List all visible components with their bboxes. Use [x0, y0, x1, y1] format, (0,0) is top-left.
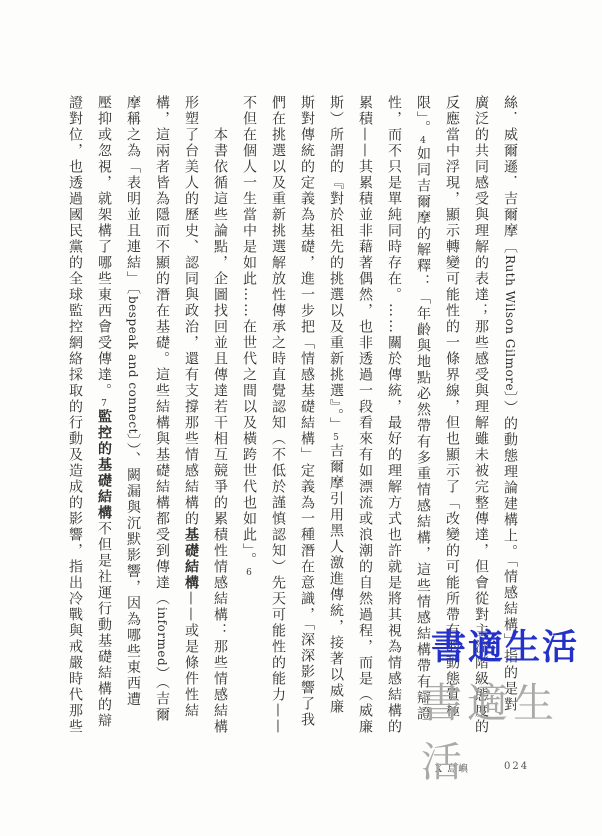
text-column: 斯對傳統的定義為基礎，進一步把「情感基礎結構」定義為一種潛在意識，「深深影響了我	[292, 95, 321, 747]
text-segment: 們在挑選以及重新挑選解放性傳承之時直覺認知（不低於謹慎認知）先天可能性的能力——	[270, 95, 286, 735]
footer-page-number: 024	[504, 761, 529, 772]
text-segment: ——或是條件性結	[183, 591, 199, 719]
page-footer: X 島嶼 024	[0, 760, 602, 776]
text-column: 本書依循這些論點，企圖找回並且傳達若干相互競爭的累積性情感結構：那些情感結構	[205, 95, 234, 747]
text-segment: 證對位，也透過國民黨的全球監控網絡採取的行動及造成的影響，指出冷戰與戒嚴時代那些	[67, 95, 83, 735]
text-segment: 如同吉爾摩的解釋：「年齡與地點必然帶有多重情感結構，這些情感結構帶有辯證	[415, 146, 431, 722]
text-segment: 基礎結構	[183, 527, 199, 591]
text-column: 性，而不只是單純同時存在。……關於傳統，最好的理解方式也許就是將其視為情感結構的	[379, 95, 408, 747]
footer-book-label: X 島嶼	[435, 760, 469, 775]
text-segment: 不但在個人一生當中是如此……在世代之間以及橫跨世代也如此」。	[241, 95, 257, 568]
text-segment: 形塑了台美人的歷史、認同與政治，還有支撐那些情感結構的	[183, 95, 199, 527]
text-segment: 限」。	[415, 95, 431, 136]
text-block: 絲．威爾遜．吉爾摩〔Ruth Wilson Gilmore〕）的動態理論建構上。…	[60, 95, 524, 747]
text-segment: 本書依循這些論點，企圖找回並且傳達若干相互競爭的累積性情感結構：那些情感結構	[212, 127, 228, 735]
text-segment: 斯對傳統的定義為基礎，進一步把「情感基礎結構」定義為一種潛在意識，「深深影響了我	[299, 95, 315, 728]
text-segment: ）（吉爾	[154, 666, 170, 723]
text-column: 斯）所謂的『對於祖先的挑選以及重新挑選』。」5吉爾摩引用黑人激進傳統，接著以威廉	[321, 95, 350, 747]
text-segment: 廣泛的共同感受與理解的表達；那些感受與理解雖未被完整傳達，但會從對主流階級態度的	[473, 95, 489, 735]
text-segment: 壓抑或忽視，就架構了哪些東西會受傳達。	[96, 95, 112, 399]
footnote-marker: 6	[244, 568, 254, 578]
text-column: 壓抑或忽視，就架構了哪些東西會受傳達。7監控的基礎結構不但是社運行動基礎結構的辯	[89, 95, 118, 747]
text-column: 累積——其累積並非藉著偶然，也非透過一段看來有如漂流或浪潮的自然過程，而是（威廉	[350, 95, 379, 747]
text-column: 們在挑選以及重新挑選解放性傳承之時直覺認知（不低於謹慎認知）先天可能性的能力——	[263, 95, 292, 747]
text-segment: 〕）、闕漏與沉默影響，因為哪些東西遭	[125, 434, 141, 708]
text-segment: 反應當中浮現，顯示轉變可能性的一條界線，但也顯示了「改變的可能所帶有的動態質極	[444, 95, 460, 719]
text-segment: 不但是社運行動基礎結構的辯	[96, 521, 112, 729]
text-column: 構，這兩者皆為隱而不顯的潛在基礎。這些結構與基礎結構都受到傳達（informed…	[147, 95, 176, 747]
text-segment: 監控的基礎結構	[96, 409, 112, 521]
text-segment: informed	[155, 607, 169, 666]
footnote-marker: 7	[99, 399, 109, 409]
text-segment: 斯）所謂的『對於祖先的挑選以及重新挑選』。」	[328, 95, 344, 433]
text-column: 反應當中浮現，顯示轉變可能性的一條界線，但也顯示了「改變的可能所帶有的動態質極	[437, 95, 466, 747]
text-column: 限」。4如同吉爾摩的解釋：「年齡與地點必然帶有多重情感結構，這些情感結構帶有辯證	[408, 95, 437, 747]
text-column: 摩稱之為「表明並且連結」〔bespeak and connect〕）、闕漏與沉默…	[118, 95, 147, 747]
text-column: 絲．威爾遜．吉爾摩〔Ruth Wilson Gilmore〕）的動態理論建構上。…	[495, 95, 524, 747]
text-segment: 吉爾摩引用黑人激進傳統，接著以威廉	[328, 443, 344, 715]
text-column: 不但在個人一生當中是如此……在世代之間以及橫跨世代也如此」。6	[234, 95, 263, 747]
text-column: 形塑了台美人的歷史、認同與政治，還有支撐那些情感結構的基礎結構——或是條件性結	[176, 95, 205, 747]
text-column: 證對位，也透過國民黨的全球監控網絡採取的行動及造成的影響，指出冷戰與戒嚴時代那些	[60, 95, 89, 747]
text-segment: 性，而不只是單純同時存在。……關於傳統，最好的理解方式也許就是將其視為情感結構的	[386, 95, 402, 735]
text-column: 廣泛的共同感受與理解的表達；那些感受與理解雖未被完整傳達，但會從對主流階級態度的	[466, 95, 495, 747]
book-page: 絲．威爾遜．吉爾摩〔Ruth Wilson Gilmore〕）的動態理論建構上。…	[0, 0, 602, 836]
text-segment: 絲．威爾遜．吉爾摩〔	[502, 95, 518, 255]
text-segment: Ruth Wilson Gilmore	[503, 255, 517, 391]
footnote-marker: 4	[418, 136, 428, 146]
text-segment: 構，這兩者皆為隱而不顯的潛在基礎。這些結構與基礎結構都受到傳達（	[154, 95, 170, 607]
text-segment: 〕）的動態理論建構上。「情感結構」指的是對	[502, 391, 518, 713]
text-segment: bespeak and connect	[126, 296, 140, 434]
text-segment: 累積——其累積並非藉著偶然，也非透過一段看來有如漂流或浪潮的自然過程，而是（威廉	[357, 95, 373, 735]
footnote-marker: 5	[331, 433, 341, 443]
text-segment: 摩稱之為「表明並且連結」〔	[125, 95, 141, 296]
